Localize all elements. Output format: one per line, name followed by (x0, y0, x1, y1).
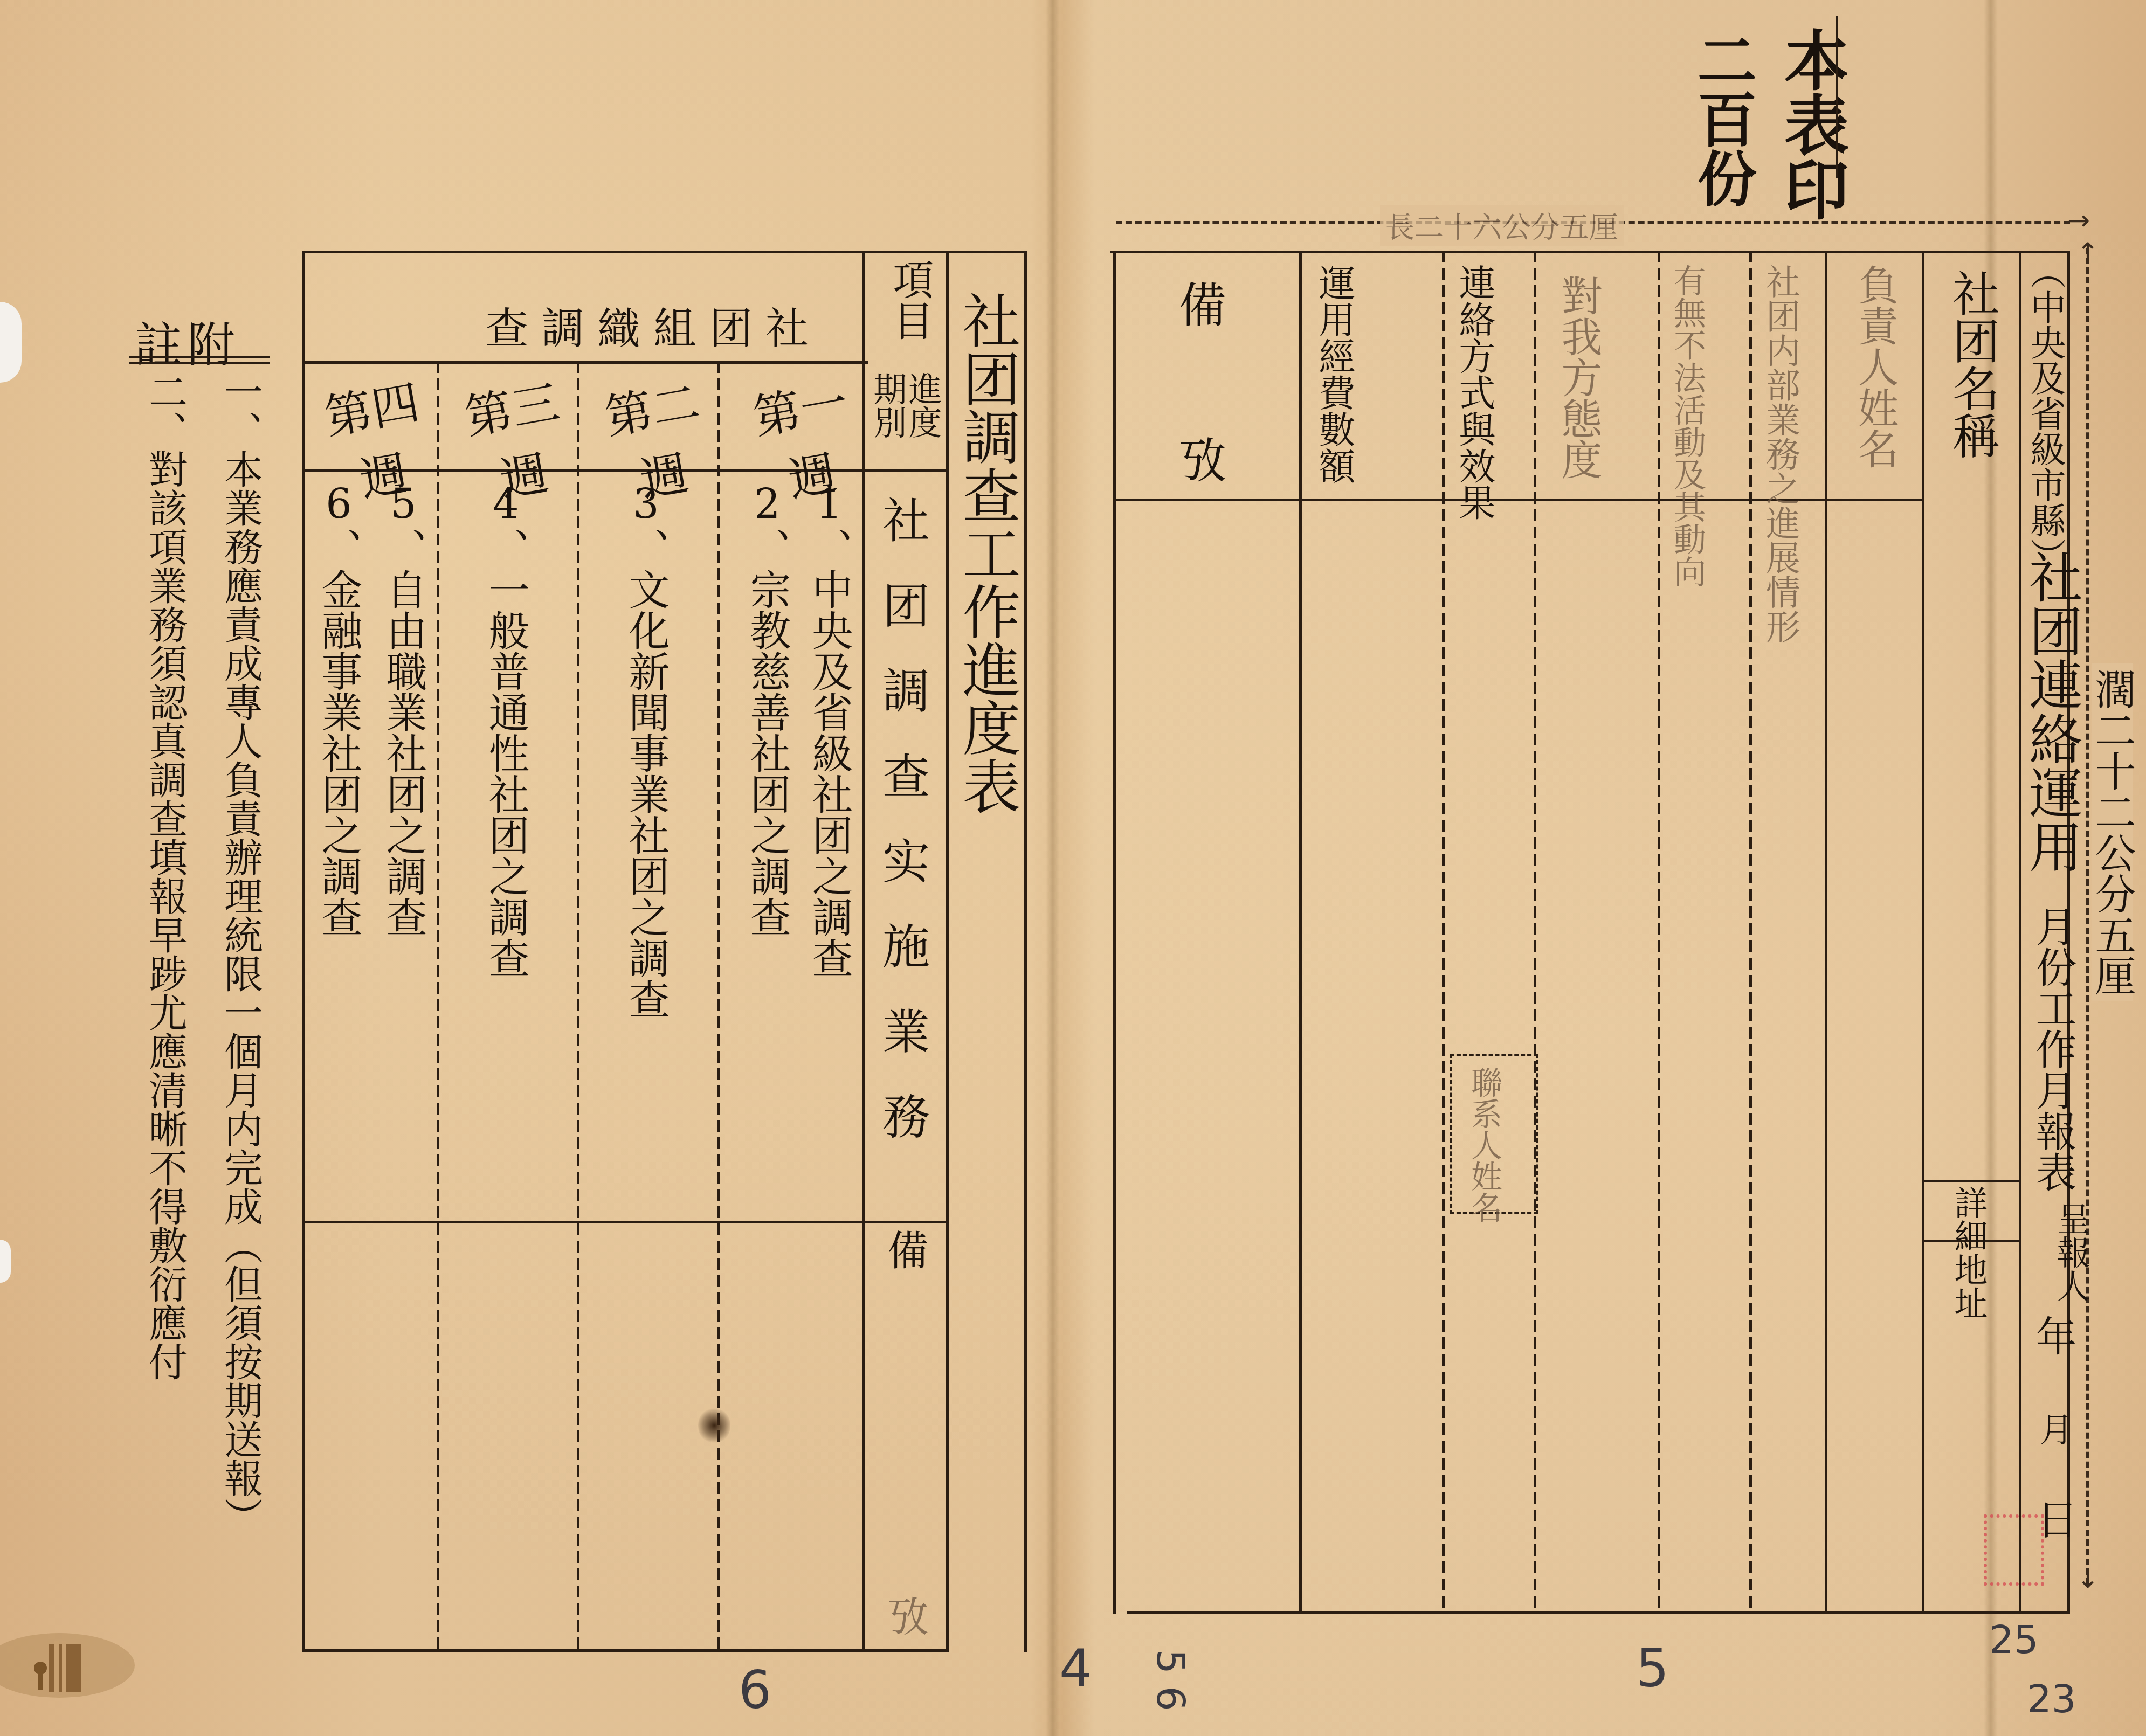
frame-left (1113, 251, 1116, 1614)
column-header-remarks: 備攷 (1175, 280, 1223, 591)
form-subtitle: 月份工作月報表 (2032, 905, 2073, 1192)
contact-name-label: 聯系人姓名 (1468, 1067, 1500, 1223)
arrow-up-icon: ↑ (2076, 237, 2099, 268)
column-header-name: 社团名稱 (1949, 269, 1996, 459)
torn-edge (0, 302, 22, 383)
torn-edge (0, 1240, 11, 1283)
page-number-seal: 25 (1989, 1617, 2039, 1662)
task-2: 2、宗教慈善社团之調查 (747, 480, 788, 937)
page-number-middle-right: 5 6 (1148, 1649, 1193, 1711)
row-label: 社团調查实施業務 (879, 496, 926, 1177)
appendix-underline (129, 362, 270, 364)
header-divider (1116, 499, 1924, 501)
arrow-down-icon: ↓ (2076, 1563, 2099, 1594)
ink-stain (698, 1407, 730, 1444)
address-box-top (1924, 1180, 2019, 1182)
frame-bottom (1127, 1611, 2070, 1614)
column-divider (2019, 251, 2021, 1614)
task-4: 4、一般普通性社团之調查 (485, 480, 526, 978)
archive-logo-icon (0, 1628, 135, 1703)
form-scope-bracket: （中央及省級市縣） (2027, 253, 2062, 573)
period-label: 期別 (871, 372, 904, 439)
appendix-note-2: 二、對該項業務須認真調查填報早踄尤應清晰不得敷衍應付 (146, 372, 184, 1381)
remarks-label: 備 (884, 1229, 925, 1270)
column-header-leader: 負責人姓名 (1854, 264, 1895, 469)
frame-top (1110, 251, 2070, 253)
column-divider (577, 361, 579, 1649)
column-divider (1658, 251, 1660, 1614)
date-month: 月 (2037, 1412, 2070, 1445)
main-category: 社团組織調查 (485, 294, 822, 356)
dimension-length-label: 長二十六公分五厘 (1380, 205, 1624, 246)
check-mark (1836, 16, 1838, 178)
dimension-width-label: 濶二十二公分五厘 (2092, 663, 2133, 1001)
frame-left (302, 251, 305, 1652)
red-seal (1984, 1514, 2044, 1586)
right-fold (1984, 0, 1998, 1736)
page-number-right-center: 5 (1636, 1638, 1669, 1699)
column-divider (1749, 251, 1752, 1614)
appendix-note-1: 一、本業務應責成專人負責辦理統限一個月内完成（但須按期送報） (221, 372, 260, 1536)
arrow-right-icon: → (2067, 205, 2090, 236)
column-header-illegal-activity: 有無不法活動及其動向 (1671, 264, 1703, 587)
column-divider (1534, 251, 1536, 1614)
column-header-contact-method: 連絡方式與效果 (1455, 264, 1492, 521)
contact-name-box: 聯系人姓名 (1450, 1054, 1538, 1214)
task-5: 5、自由職業社团之調查 (383, 480, 424, 937)
column-divider (1825, 251, 1827, 1614)
column-divider (1442, 251, 1445, 1614)
progress-label: 進度 (906, 372, 939, 439)
print-note-line1: 本表印 (1779, 27, 1844, 221)
page-number-bottom: 23 (2027, 1676, 2076, 1721)
appendix-underline (129, 356, 270, 358)
task-6: 6、金融事業社团之調查 (318, 480, 359, 937)
header-row-divider (302, 361, 868, 364)
page-number-middle-left: 4 (1059, 1638, 1092, 1699)
tasks-row-divider (302, 1221, 949, 1223)
remarks-label-end: 攷 (884, 1595, 925, 1636)
reporter-label: 呈報人 (2054, 1202, 2087, 1302)
column-header-attitude: 對我方態度 (1558, 275, 1599, 480)
column-divider (437, 361, 439, 1649)
column-header-expenses: 運用經費數額 (1315, 264, 1352, 484)
column-divider (946, 251, 949, 1652)
task-1: 1、中央及省級社团之調查 (809, 480, 850, 978)
frame-bottom (302, 1649, 949, 1652)
center-fold (1046, 0, 1060, 1736)
frame-right (1024, 251, 1027, 1652)
column-divider (1922, 251, 1924, 1614)
column-header-progress: 社团内部業務之進展情形 (1763, 264, 1797, 644)
item-label: 項目 (889, 259, 930, 341)
task-3: 3、文化新聞事業社团之調查 (625, 480, 666, 1019)
column-divider (1299, 251, 1302, 1614)
print-note-line2: 二百份 (1693, 30, 1752, 208)
column-divider (717, 361, 720, 1649)
page-number-left: 6 (739, 1660, 771, 1720)
frame-top (302, 251, 1027, 253)
form-title: 社团連絡運用 (2024, 550, 2078, 873)
date-year: 年 (2032, 1315, 2073, 1356)
appendix-title: 附註 (135, 307, 240, 375)
form-title: 社团調查工作進度表 (957, 291, 1015, 815)
address-sublabel: 詳細地址 (1951, 1186, 1985, 1319)
